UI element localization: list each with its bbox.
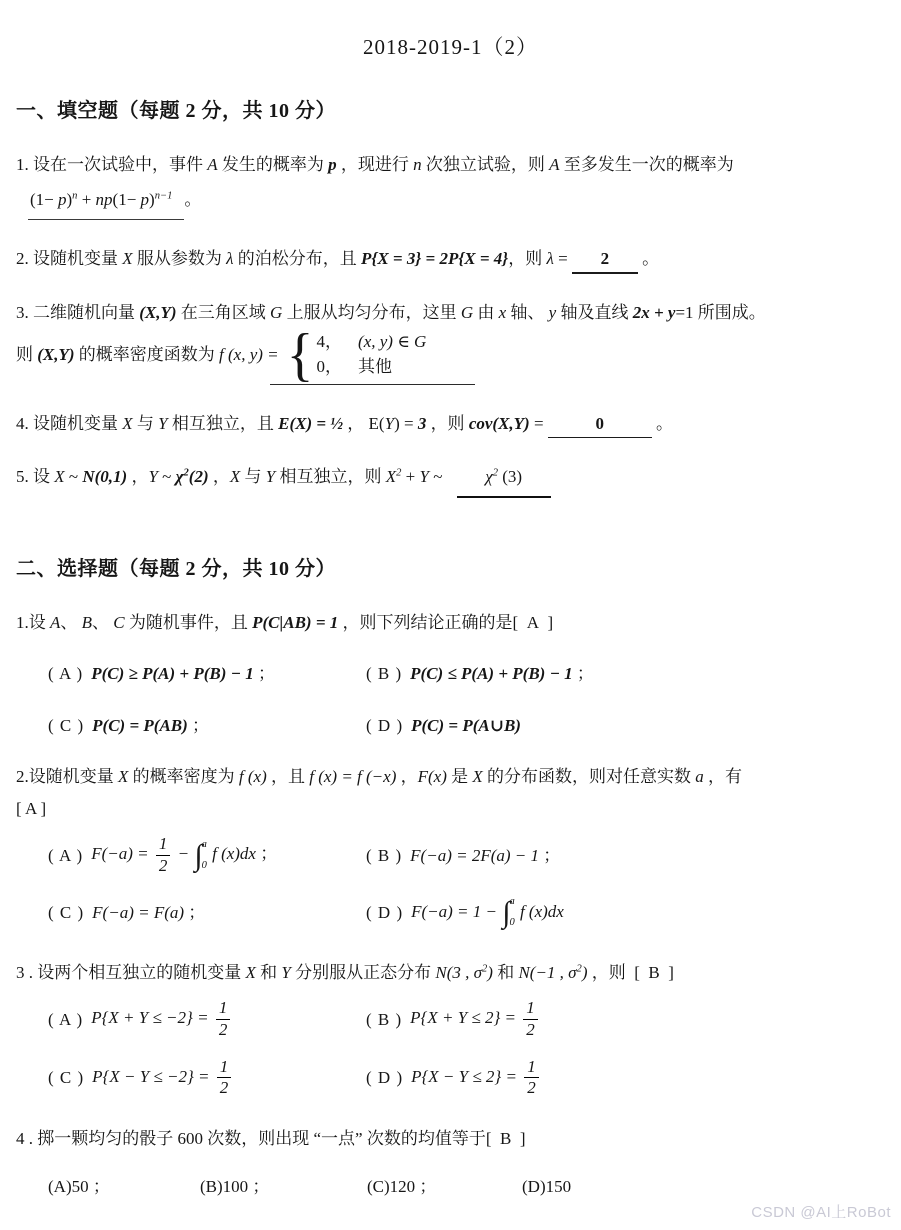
option-label: ( B ) [366, 661, 402, 687]
option-formula: P(C) ≥ P(A) + P(B) − 1 ； [91, 661, 275, 687]
option-label: ( C ) [48, 713, 84, 739]
fill-question-3-line2: 则 (X,Y) 的概率密度函数为 f (x, y) = { 4，(x, y) ∈… [16, 330, 885, 380]
choice-question-2: 2.设随机变量 X 的概率密度为 f (x) ，且 f (x) = f (−x)… [16, 764, 885, 790]
fill-question-5: 5. 设 X ~ N(0,1) ，Y ~ χ2(2) ，X 与 Y 相互独立，则… [16, 464, 885, 498]
piecewise-case-2: 0，其他 [317, 355, 427, 380]
option-b: ( B )P{X + Y ≤ 2} = 12 [366, 999, 541, 1039]
option-a: ( A )F(−a) = 12 − ∫a0 f (x)dx ； [48, 835, 366, 875]
option-formula: F(−a) = 1 − ∫a0 f (x)dx [411, 896, 564, 930]
fill-question-4: 4. 设随机变量 X 与 Y 相互独立，且 E(X) = ½ ， E(Y) = … [16, 411, 885, 439]
case-condition: 其他 [358, 357, 392, 376]
period: 。 [184, 190, 201, 209]
fill-question-3-line1: 3. 二维随机向量 (X,Y) 在三角区域 G 上服从均匀分布，这里 G 由 x… [16, 300, 885, 326]
option-d: ( D )P{X − Y ≤ 2} = 12 [366, 1058, 542, 1098]
piecewise-cases: 4，(x, y) ∈ G 0，其他 [317, 330, 427, 379]
section2-heading: 二、选择题（每题 2 分，共 10 分） [16, 554, 885, 584]
section1-heading: 一、填空题（每题 2 分，共 10 分） [16, 96, 885, 126]
choice-question-1-options-row-2: ( C )P(C) = P(AB) ； ( D )P(C) = P(A∪B) [16, 713, 885, 739]
option-label: ( D ) [366, 1065, 403, 1091]
option-b: ( B )P(C) ≤ P(A) + P(B) − 1 ； [366, 661, 594, 687]
choice-question-4: 4 . 掷一颗均匀的骰子 600 次数，则出现 “一点” 次数的均值等于[ B … [16, 1126, 885, 1152]
option-formula: P{X − Y ≤ −2} = 12 [92, 1058, 234, 1098]
option-formula: P(C) = P(A∪B) [411, 713, 521, 739]
option-formula: F(−a) = F(a) ； [92, 900, 205, 926]
option-formula: P{X − Y ≤ 2} = 12 [411, 1058, 542, 1098]
fill-question-1: 1. 设在一次试验中，事件 A 发生的概率为 p ，现进行 n 次独立试验，则 … [16, 152, 885, 178]
choice-question-3-options-row-1: ( A )P{X + Y ≤ −2} = 12 ( B )P{X + Y ≤ 2… [16, 999, 885, 1039]
choice-question-1: 1.设 A、 B、 C 为随机事件，且 P(C|AB) = 1 ，则下列结论正确… [16, 610, 885, 636]
option-formula: P(C) = P(AB) ； [92, 713, 209, 739]
option-formula: F(−a) = 12 − ∫a0 f (x)dx ； [91, 835, 277, 875]
option-a: ( A )P{X + Y ≤ −2} = 12 [48, 999, 366, 1039]
choice-question-3-options-row-2: ( C )P{X − Y ≤ −2} = 12 ( D )P{X − Y ≤ 2… [16, 1058, 885, 1098]
option-c: ( C )P{X − Y ≤ −2} = 12 [48, 1058, 366, 1098]
option-b: ( B )F(−a) = 2F(a) − 1 ； [366, 843, 560, 869]
choice-question-2-options-row-2: ( C )F(−a) = F(a) ； ( D )F(−a) = 1 − ∫a0… [16, 896, 885, 930]
option-formula: F(−a) = 2F(a) − 1 ； [410, 843, 560, 869]
case-value: 0， [317, 357, 343, 376]
case-condition: (x, y) ∈ G [358, 332, 426, 351]
option-a: (A)50 ； [48, 1174, 200, 1200]
exam-page: 2018-2019-1（2） 一、填空题（每题 2 分，共 10 分） 1. 设… [0, 0, 901, 1230]
choice-question-1-options-row-1: ( A )P(C) ≥ P(A) + P(B) − 1 ； ( B )P(C) … [16, 661, 885, 687]
option-label: ( D ) [366, 713, 403, 739]
option-b: (B)100 ； [200, 1174, 367, 1200]
choice-question-3: 3 . 设两个相互独立的随机变量 X 和 Y 分别服从正态分布 N(3 , σ2… [16, 960, 885, 986]
option-d: ( D )F(−a) = 1 − ∫a0 f (x)dx [366, 896, 564, 930]
option-formula: P(C) ≤ P(A) + P(B) − 1 ； [410, 661, 594, 687]
option-formula: P{X + Y ≤ −2} = 12 [91, 999, 233, 1039]
option-label: ( A ) [48, 843, 83, 869]
answer-underline: χ2 (3) [457, 464, 551, 498]
option-d: ( D )P(C) = P(A∪B) [366, 713, 521, 739]
option-c: ( C )F(−a) = F(a) ； [48, 900, 366, 926]
fill-question-2: 2. 设随机变量 X 服从参数为 λ 的泊松分布，且 P{X = 3} = 2P… [16, 246, 885, 275]
option-a: ( A )P(C) ≥ P(A) + P(B) − 1 ； [48, 661, 366, 687]
option-c: (C)120 ； [367, 1174, 522, 1200]
option-label: ( C ) [48, 1065, 84, 1091]
piecewise-case-1: 4，(x, y) ∈ G [317, 330, 427, 355]
option-label: ( D ) [366, 900, 403, 926]
option-label: ( A ) [48, 1007, 83, 1033]
option-label: ( C ) [48, 900, 84, 926]
case-value: 4， [317, 332, 343, 351]
option-label: ( A ) [48, 661, 83, 687]
option-label: ( B ) [366, 1007, 402, 1033]
choice-question-4-options-row: (A)50 ； (B)100 ； (C)120 ； (D)150 [16, 1174, 885, 1200]
question-text: 5. 设 X ~ N(0,1) ，Y ~ χ2(2) ，X 与 Y 相互独立，则… [16, 467, 447, 486]
option-d: (D)150 [522, 1174, 571, 1200]
piecewise-function: { 4，(x, y) ∈ G 0，其他 [287, 330, 427, 380]
choice-question-2-answer: [ A ] [16, 796, 885, 822]
csdn-watermark: CSDN @AI上RoBot [751, 1202, 891, 1225]
piecewise-prefix: 则 (X,Y) 的概率密度函数为 f (x, y) = [16, 342, 279, 368]
fill-question-1-answer-line: (1− p)n + np(1− p)n−1。 [28, 185, 885, 220]
answer-underline: (1− p)n + np(1− p)n−1 [28, 185, 184, 220]
option-c: ( C )P(C) = P(AB) ； [48, 713, 366, 739]
left-brace: { [287, 328, 314, 381]
choice-question-2-options-row-1: ( A )F(−a) = 12 − ∫a0 f (x)dx ； ( B )F(−… [16, 835, 885, 875]
option-formula: P{X + Y ≤ 2} = 12 [410, 999, 541, 1039]
exam-title: 2018-2019-1（2） [16, 32, 885, 64]
option-label: ( B ) [366, 843, 402, 869]
